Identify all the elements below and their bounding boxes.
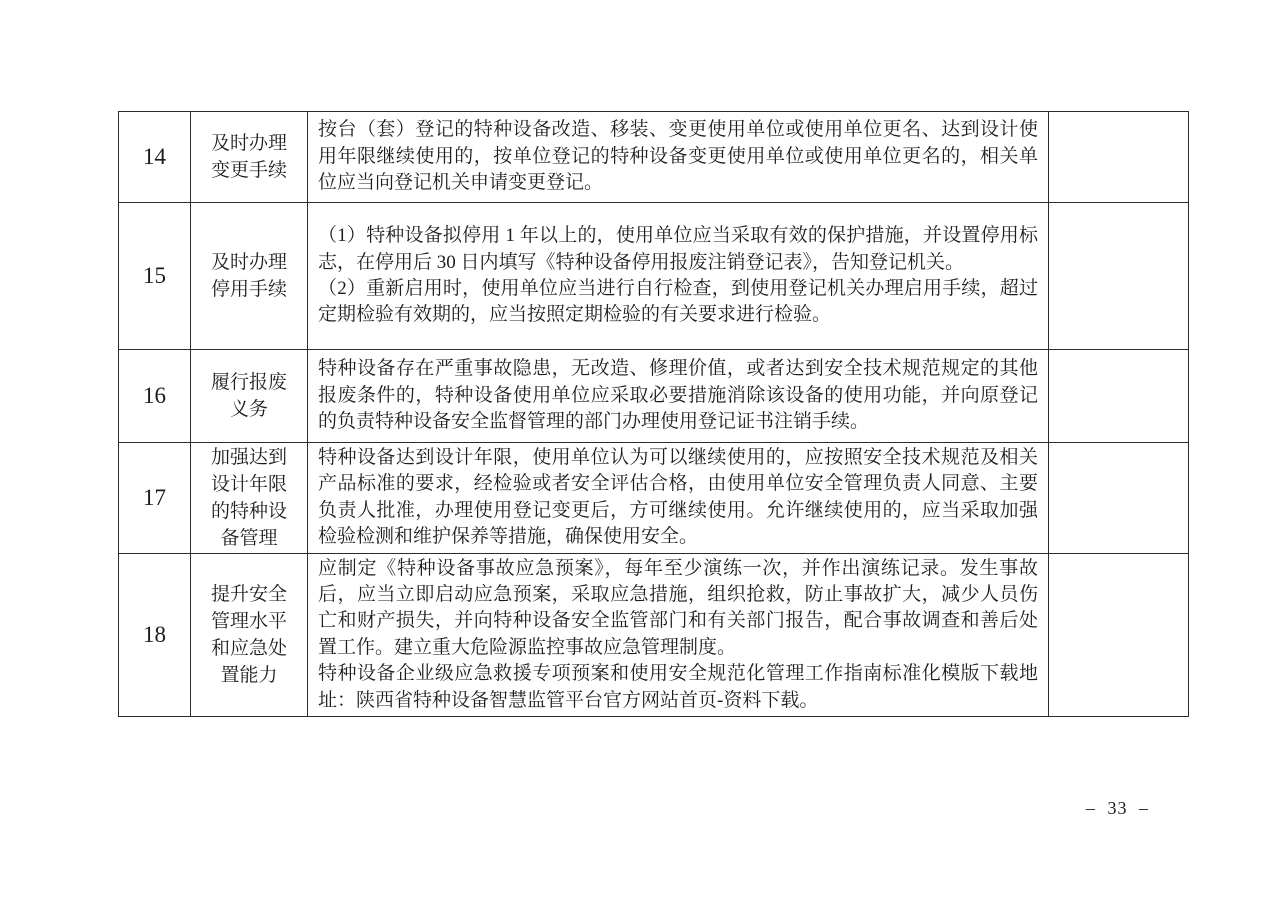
content-paragraph: 应制定《特种设备事故应急预案》，每年至少演练一次，并作出演练记录。发生事故后，应…	[318, 556, 1038, 662]
row-number: 18	[143, 622, 166, 647]
duty-title-cell: 及时办理变更手续	[191, 112, 308, 203]
table-row: 16 履行报废义务 特种设备存在严重事故隐患，无改造、修理价值，或者达到安全技术…	[119, 350, 1189, 443]
document-page: 14 及时办理变更手续 按台（套）登记的特种设备改造、移装、变更使用单位或使用单…	[0, 0, 1280, 905]
duty-title: 履行报废义务	[208, 369, 290, 423]
row-number-cell: 16	[119, 350, 191, 443]
duty-content-cell: 应制定《特种设备事故应急预案》，每年至少演练一次，并作出演练记录。发生事故后，应…	[308, 553, 1049, 716]
duties-table: 14 及时办理变更手续 按台（套）登记的特种设备改造、移装、变更使用单位或使用单…	[118, 111, 1189, 717]
duty-title-cell: 加强达到设计年限的特种设备管理	[191, 443, 308, 554]
duty-title: 及时办理停用手续	[208, 249, 290, 303]
table-row: 15 及时办理停用手续 （1）特种设备拟停用 1 年以上的，使用单位应当采取有效…	[119, 203, 1189, 350]
content-paragraph: （1）特种设备拟停用 1 年以上的，使用单位应当采取有效的保护措施，并设置停用标…	[318, 223, 1038, 276]
remark-cell	[1049, 112, 1189, 203]
row-number: 14	[143, 144, 166, 169]
row-number-cell: 15	[119, 203, 191, 350]
duty-content-cell: （1）特种设备拟停用 1 年以上的，使用单位应当采取有效的保护措施，并设置停用标…	[308, 203, 1049, 350]
content-paragraph: 特种设备企业级应急救援专项预案和使用安全规范化管理工作指南标准化模版下载地址：陕…	[318, 661, 1038, 714]
row-number: 16	[143, 383, 166, 408]
content-paragraph: （2）重新启用时，使用单位应当进行自行检查，到使用登记机关办理启用手续，超过定期…	[318, 276, 1038, 329]
table-row: 14 及时办理变更手续 按台（套）登记的特种设备改造、移装、变更使用单位或使用单…	[119, 112, 1189, 203]
duty-content-cell: 特种设备达到设计年限，使用单位认为可以继续使用的，应按照安全技术规范及相关产品标…	[308, 443, 1049, 554]
remark-cell	[1049, 203, 1189, 350]
duty-title: 提升安全管理水平和应急处置能力	[208, 581, 290, 689]
page-number: – 33 –	[1086, 798, 1149, 819]
remark-cell	[1049, 350, 1189, 443]
duty-title-cell: 履行报废义务	[191, 350, 308, 443]
content-paragraph: 特种设备达到设计年限，使用单位认为可以继续使用的，应按照安全技术规范及相关产品标…	[318, 445, 1038, 551]
row-number-cell: 18	[119, 553, 191, 716]
table-row: 18 提升安全管理水平和应急处置能力 应制定《特种设备事故应急预案》，每年至少演…	[119, 553, 1189, 716]
row-number-cell: 14	[119, 112, 191, 203]
duty-content-cell: 特种设备存在严重事故隐患，无改造、修理价值，或者达到安全技术规范规定的其他报废条…	[308, 350, 1049, 443]
duty-title-cell: 及时办理停用手续	[191, 203, 308, 350]
row-number: 15	[143, 263, 166, 288]
content-paragraph: 特种设备存在严重事故隐患，无改造、修理价值，或者达到安全技术规范规定的其他报废条…	[318, 356, 1038, 435]
duty-title: 加强达到设计年限的特种设备管理	[208, 444, 290, 552]
duty-title-cell: 提升安全管理水平和应急处置能力	[191, 553, 308, 716]
table-row: 17 加强达到设计年限的特种设备管理 特种设备达到设计年限，使用单位认为可以继续…	[119, 443, 1189, 554]
duty-title: 及时办理变更手续	[208, 130, 290, 184]
remark-cell	[1049, 553, 1189, 716]
row-number-cell: 17	[119, 443, 191, 554]
row-number: 17	[143, 485, 166, 510]
remark-cell	[1049, 443, 1189, 554]
duty-content-cell: 按台（套）登记的特种设备改造、移装、变更使用单位或使用单位更名、达到设计使用年限…	[308, 112, 1049, 203]
content-paragraph: 按台（套）登记的特种设备改造、移装、变更使用单位或使用单位更名、达到设计使用年限…	[318, 117, 1038, 196]
